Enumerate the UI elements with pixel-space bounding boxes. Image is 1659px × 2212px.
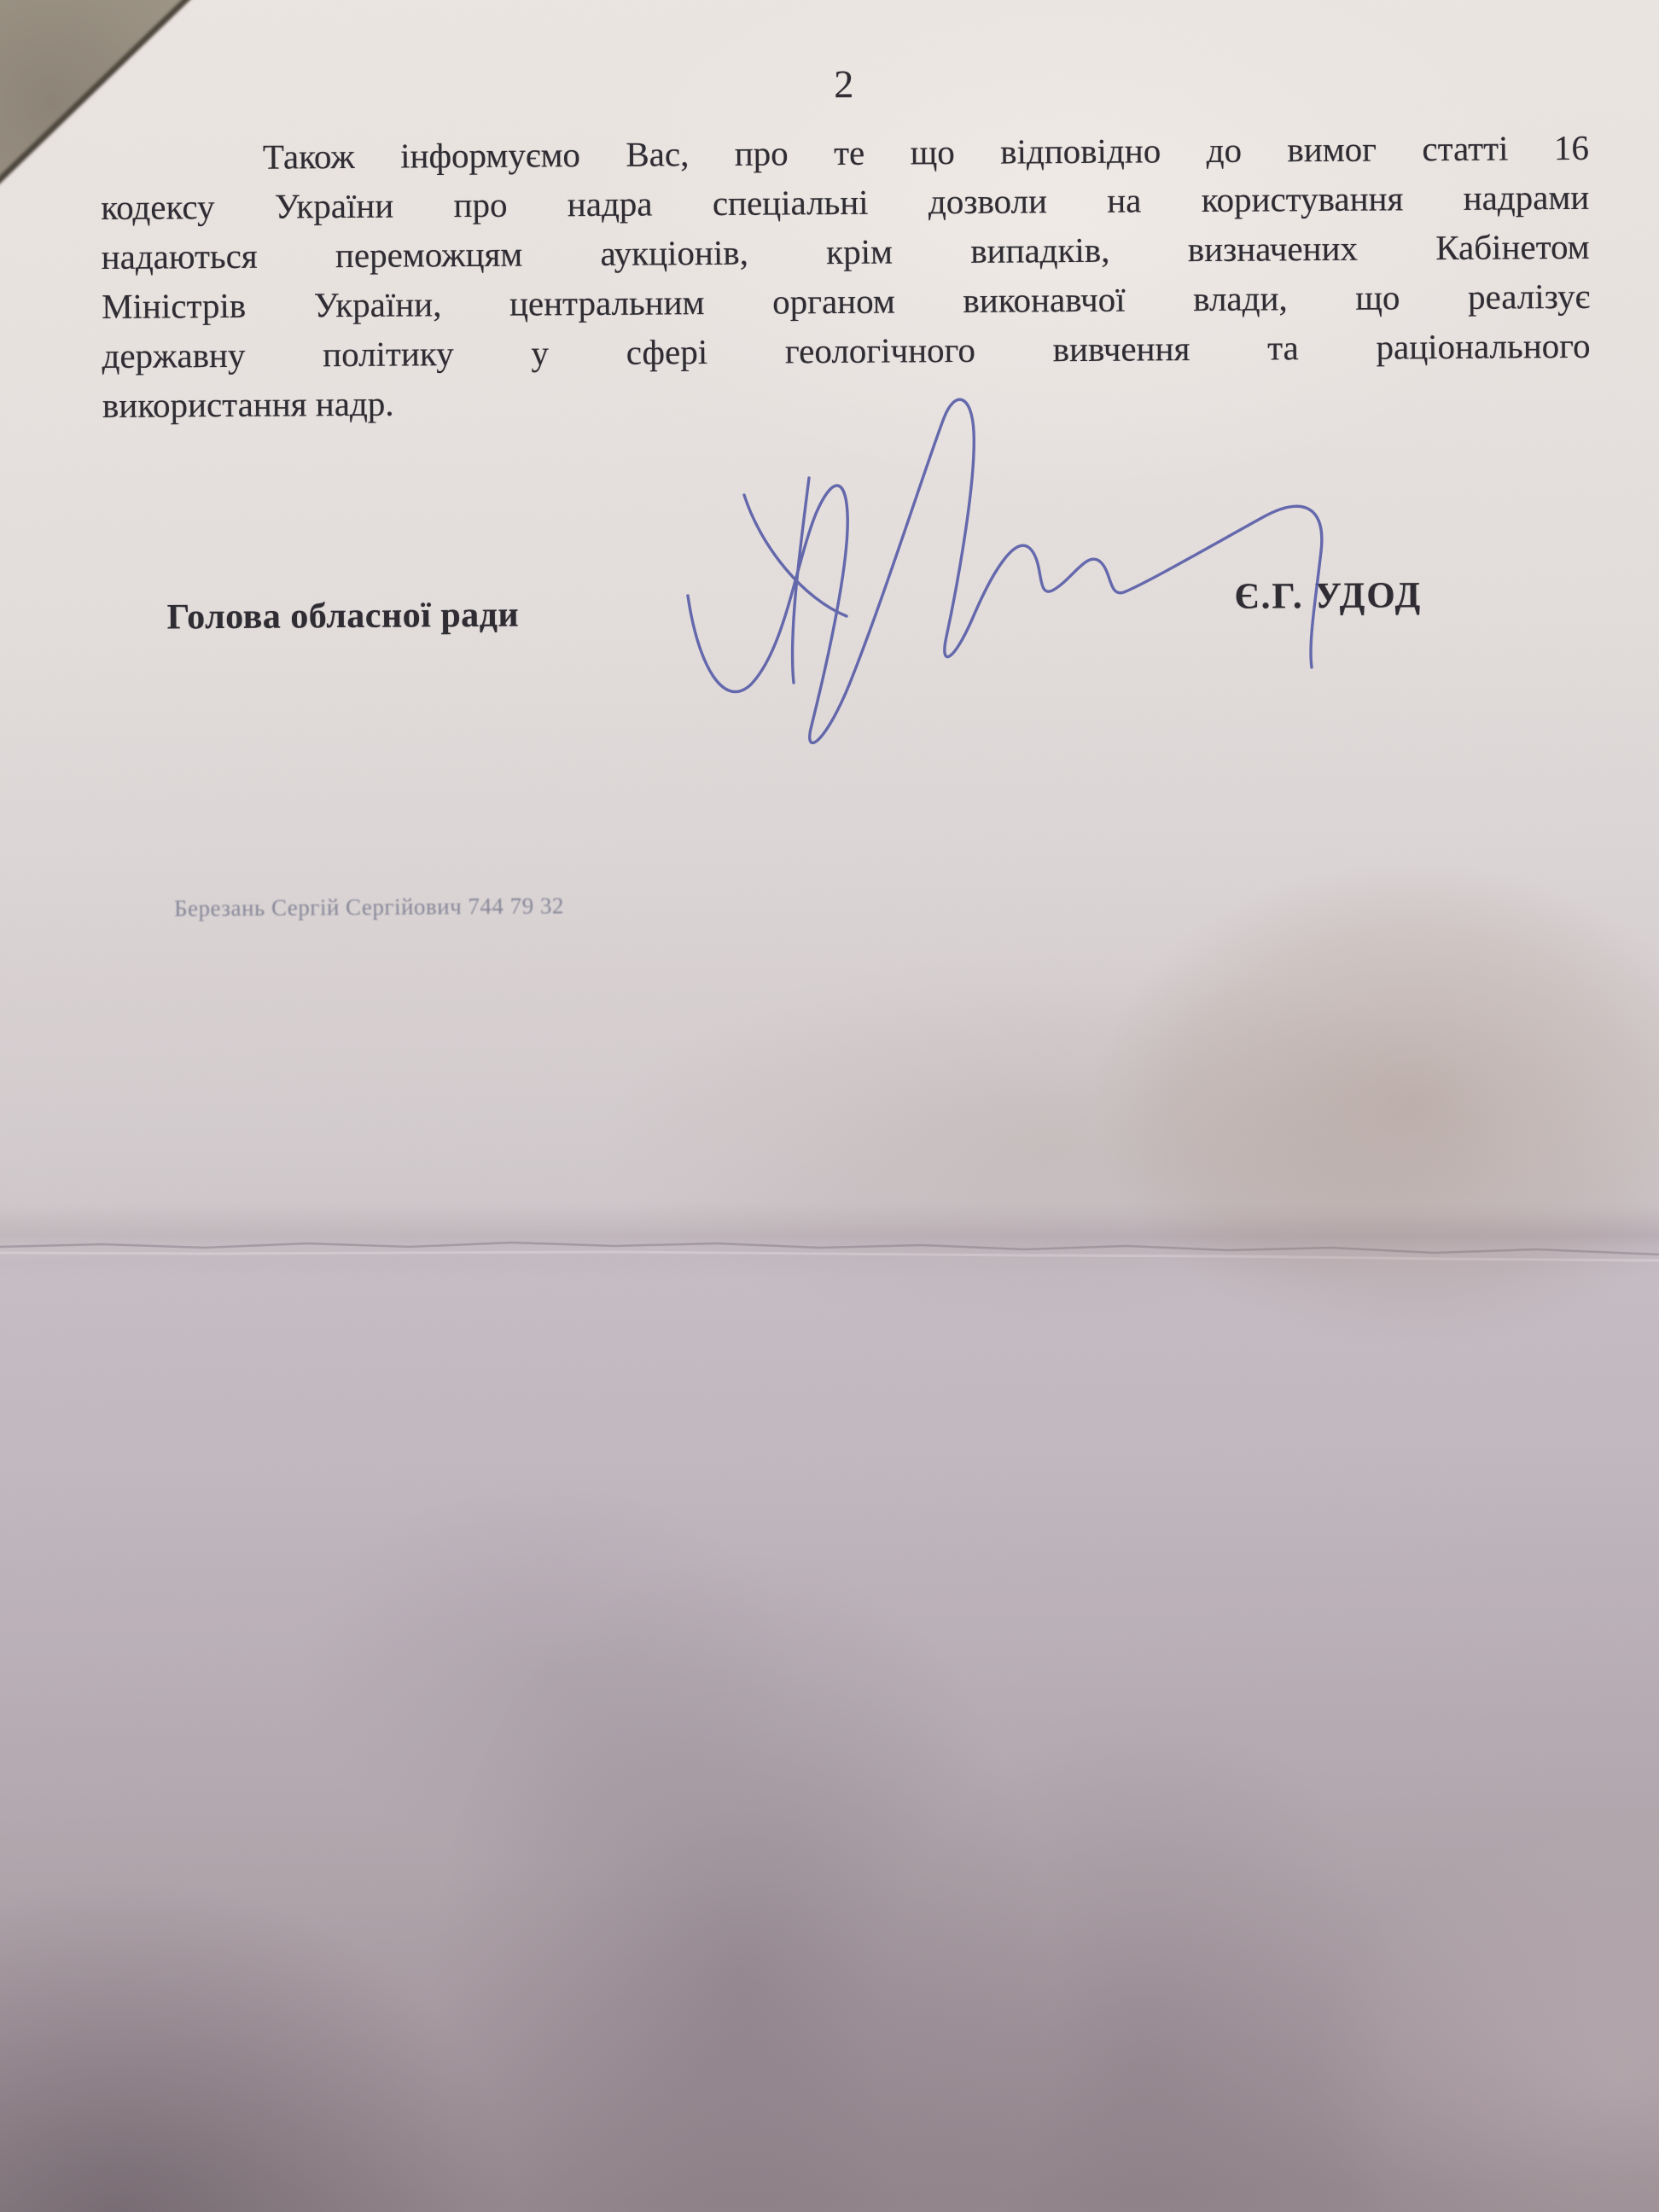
paragraph-line: використання надр. [102,370,1591,430]
body-paragraph: Також інформуємо Вас, про те що відповід… [101,123,1591,430]
contact-line: Березань Сергій Сергійович 744 79 32 [174,893,564,922]
paragraph-line: державну політику у сфері геологічного в… [102,321,1590,381]
signer-name: Є.Г. УДОД [1234,574,1422,618]
letter-content: 2 Також інформуємо Вас, про те що відпов… [0,0,1659,2212]
document-photo: 2 Також інформуємо Вас, про те що відпов… [0,0,1659,2212]
signer-title: Голова обласної ради [166,595,519,638]
paper-sheet: 2 Також інформуємо Вас, про те що відпов… [0,0,1659,2212]
page-number: 2 [834,61,854,107]
